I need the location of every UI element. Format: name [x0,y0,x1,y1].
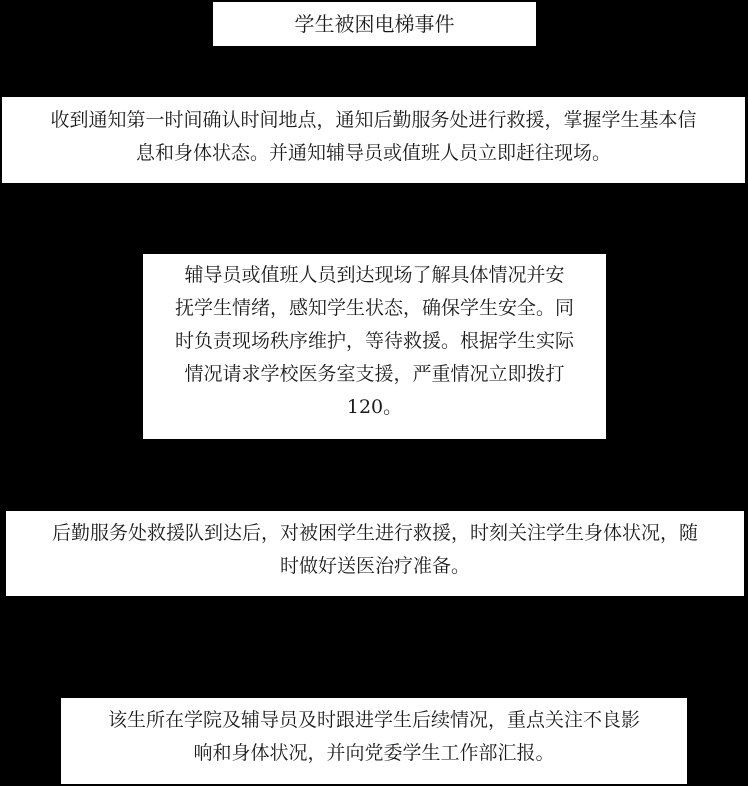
flow-node-notify: 收到通知第一时间确认时间地点，通知后勤服务处进行救援，掌握学生基本信 息和身体状… [2,97,745,183]
node-rescue-text: 后勤服务处救援队到达后，对被困学生进行救援，时刻关注学生身体状况，随 时做好送医… [52,517,698,583]
flow-node-rescue: 后勤服务处救援队到达后，对被困学生进行救援，时刻关注学生身体状况，随 时做好送医… [6,511,744,596]
node-onsite-text: 辅导员或值班人员到达现场了解具体情况并安 抚学生情绪，感知学生状态，确保学生安全… [175,259,574,424]
flow-node-followup: 该生所在学院及辅导员及时跟进学生后续情况，重点关注不良影 响和身体状况，并向党委… [61,698,687,784]
node-followup-text: 该生所在学院及辅导员及时跟进学生后续情况，重点关注不良影 响和身体状况，并向党委… [108,704,640,770]
node-notify-text: 收到通知第一时间确认时间地点，通知后勤服务处进行救援，掌握学生基本信 息和身体状… [50,104,696,170]
node-title-text: 学生被困电梯事件 [295,12,455,36]
flow-node-onsite: 辅导员或值班人员到达现场了解具体情况并安 抚学生情绪，感知学生状态，确保学生安全… [143,254,606,439]
flow-node-title: 学生被困电梯事件 [213,2,536,46]
